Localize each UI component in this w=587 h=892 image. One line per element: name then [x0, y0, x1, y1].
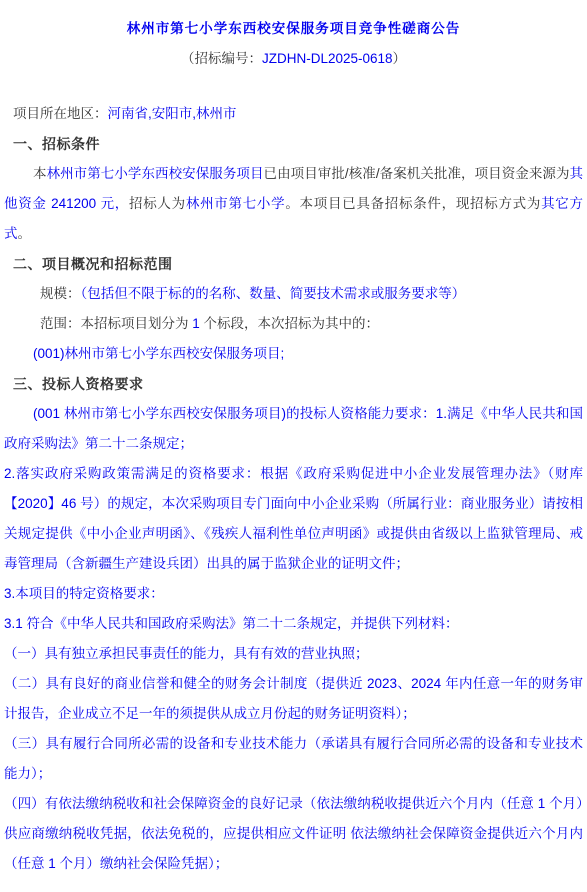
lot-line: (001)林州市第七小学东西校安保服务项目;	[4, 339, 583, 369]
text-run: （二）具有良好的商业信誉和健全的财务会计制度（提供近 2023、2024 年内任…	[4, 676, 583, 721]
scale-line: 规模：（包括但不限于标的的名称、数量、简要技术需求或服务要求等）	[4, 279, 583, 309]
text-run: 招标人为	[129, 196, 186, 211]
text-run: （招标编号：	[181, 51, 262, 66]
item-4-paragraph: （四）有依法缴纳税收和社会保障资金的良好记录（依法缴纳税收提供近六个月内（任意 …	[4, 789, 583, 879]
text-run: 3.本项目的特定资格要求：	[4, 586, 164, 601]
text-run: 林州市第七小学东西校安保服务项目竞争性磋商公告	[127, 21, 461, 36]
text-run: 林州市第七小学东西校安保服务项目	[47, 166, 264, 181]
text-run: 3.1 符合《中华人民共和国政府采购法》第二十二条规定，并提供下列材料：	[4, 616, 459, 631]
text-run: 本	[33, 166, 47, 181]
text-run: （一）具有独立承担民事责任的能力，具有有效的营业执照；	[4, 646, 369, 661]
section-1-paragraph: 本林州市第七小学东西校安保服务项目已由项目审批/核准/备案机关批准，项目资金来源…	[4, 159, 583, 249]
text-run: 三、投标人资格要求	[13, 376, 144, 392]
text-run: 二、项目概况和招标范围	[13, 256, 173, 272]
text-run: 个标段，本次招标为其中的：	[200, 316, 379, 331]
doc-title: 林州市第七小学东西校安保服务项目竞争性磋商公告	[4, 14, 583, 44]
specific-qualification-heading-line: 3.本项目的特定资格要求：	[4, 579, 583, 609]
text-run: 。本项目已具备招标条件，现招标方式为	[285, 196, 541, 211]
text-run: 2.落实政府采购政策需满足的资格要求：根据《政府采购促进中小企业发展管理办法》（…	[4, 466, 583, 571]
text-run: 林州市第七小学	[186, 196, 285, 211]
qualification-intro-paragraph: (001 林州市第七小学东西校安保服务项目)的投标人资格能力要求：1.满足《中华…	[4, 399, 583, 459]
announcement-document: 林州市第七小学东西校安保服务项目竞争性磋商公告（招标编号：JZDHN-DL202…	[0, 0, 587, 892]
section-2-heading: 二、项目概况和招标范围	[13, 249, 583, 279]
text-run: 规模：	[40, 286, 81, 301]
text-run: （四）有依法缴纳税收和社会保障资金的良好记录（依法缴纳税收提供近六个月内（任意 …	[4, 796, 583, 871]
item-1-line: （一）具有独立承担民事责任的能力，具有有效的营业执照；	[4, 639, 583, 669]
text-run: （三）具有履行合同所必需的设备和专业技术能力（承诺具有履行合同所必需的设备和专业…	[4, 736, 583, 781]
qualification-policy-paragraph: 2.落实政府采购政策需满足的资格要求：根据《政府采购促进中小企业发展管理办法》（…	[4, 459, 583, 579]
clause-3-1-line: 3.1 符合《中华人民共和国政府采购法》第二十二条规定，并提供下列材料：	[4, 609, 583, 639]
text-run: 已由项目审批/核准/备案机关批准，项目资金来源为	[264, 166, 570, 181]
text-run: 项目所在地区：	[13, 106, 108, 121]
project-location-line: 项目所在地区：河南省,安阳市,林州市	[13, 99, 583, 129]
item-3-paragraph: （三）具有履行合同所必需的设备和专业技术能力（承诺具有履行合同所必需的设备和专业…	[4, 729, 583, 789]
text-run: 河南省,安阳市,林州市	[108, 106, 237, 121]
header-gap	[4, 74, 583, 99]
text-run: ）	[393, 51, 407, 66]
text-run: JZDHN-DL2025-0618	[262, 51, 393, 66]
text-run: 一、招标条件	[13, 136, 100, 152]
text-run: （包括但不限于标的的名称、数量、简要技术需求或服务要求等）	[81, 286, 466, 301]
section-1-heading: 一、招标条件	[13, 129, 583, 159]
section-3-heading: 三、投标人资格要求	[13, 369, 583, 399]
scope-line: 范围：本招标项目划分为 1 个标段，本次招标为其中的：	[4, 309, 583, 339]
text-run: 范围：本招标项目划分为	[40, 316, 192, 331]
doc-subtitle-bid-number: （招标编号：JZDHN-DL2025-0618）	[4, 44, 583, 74]
text-run: (001)林州市第七小学东西校安保服务项目;	[33, 346, 284, 361]
item-2-paragraph: （二）具有良好的商业信誉和健全的财务会计制度（提供近 2023、2024 年内任…	[4, 669, 583, 729]
text-run: 1	[192, 316, 200, 331]
text-run: (001 林州市第七小学东西校安保服务项目)的投标人资格能力要求：1.满足《中华…	[4, 406, 583, 451]
text-run: 。	[18, 226, 32, 241]
